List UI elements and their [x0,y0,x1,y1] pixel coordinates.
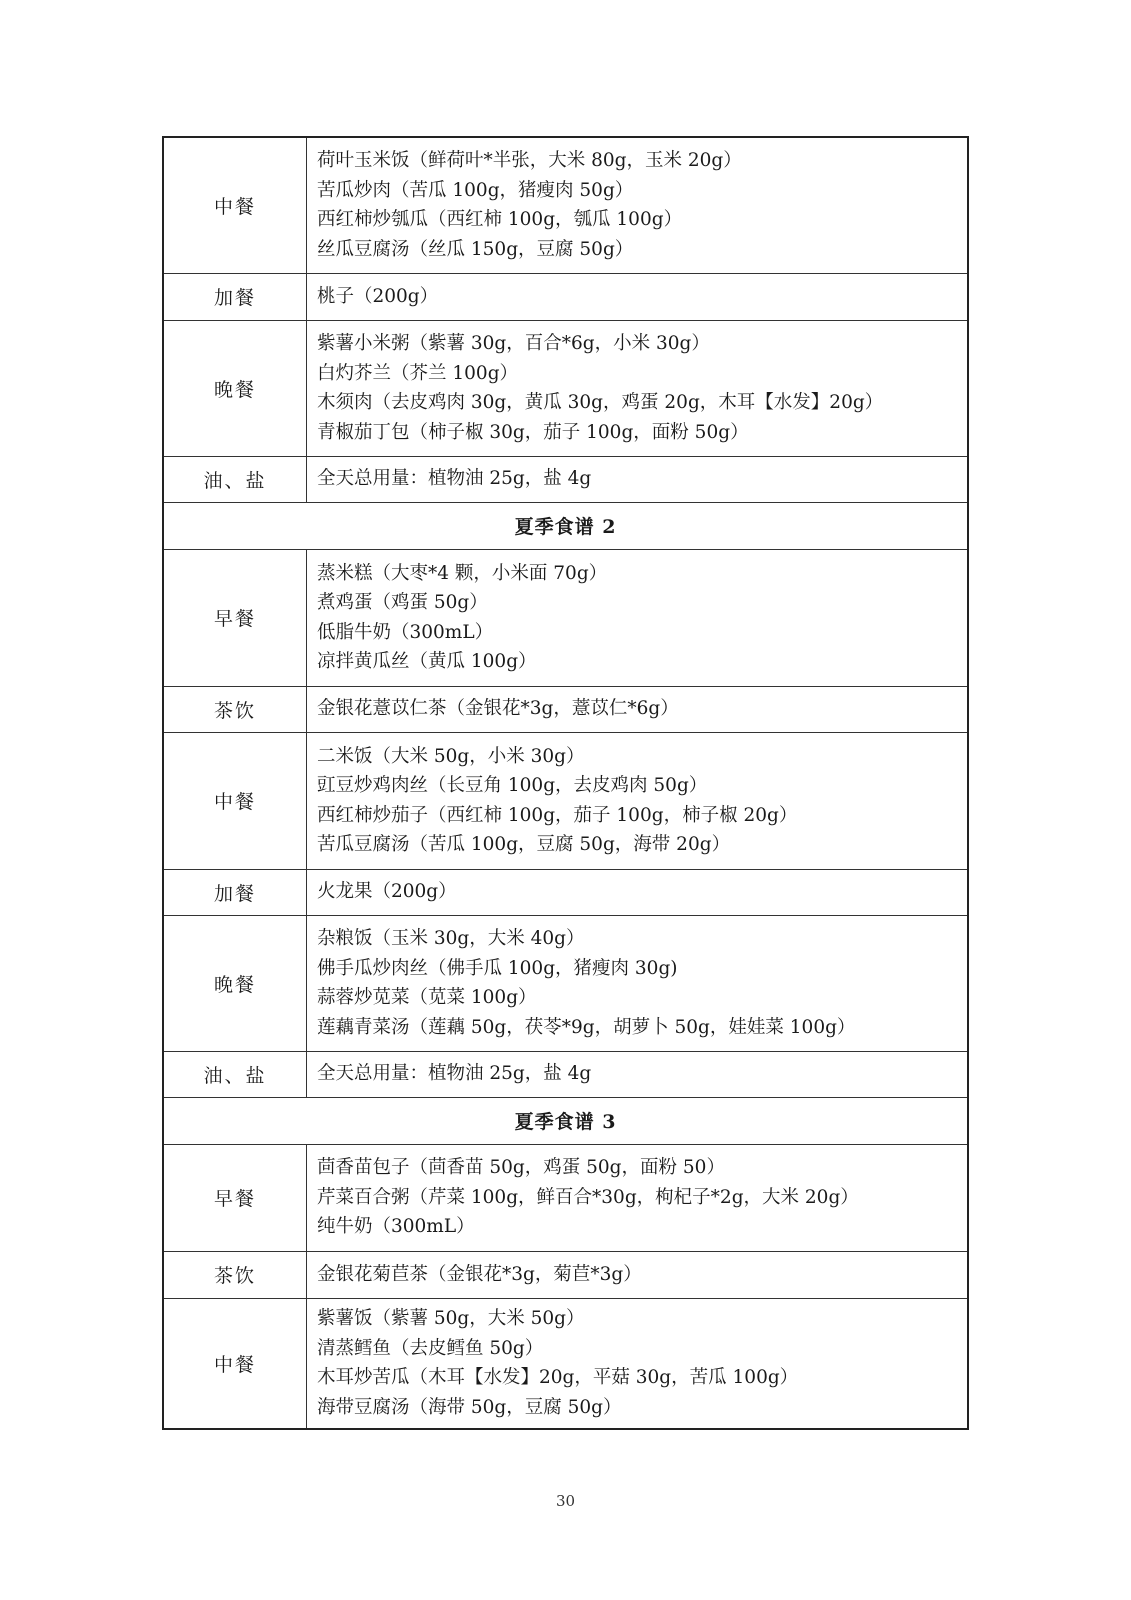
meal-label: 中餐 [163,732,307,869]
dish-item: 全天总用量：植物油 25g，盐 4g [317,1059,967,1089]
dish-item: 莲藕青菜汤（莲藕 50g，茯苓*9g，胡萝卜 50g，娃娃菜 100g） [317,1013,967,1043]
section-title: 夏季食谱 2 [163,502,968,549]
dish-item: 金银花薏苡仁茶（金银花*3g，薏苡仁*6g） [317,694,967,724]
meal-row: 中餐荷叶玉米饭（鲜荷叶*半张，大米 80g，玉米 20g）苦瓜炒肉（苦瓜 100… [163,137,968,273]
meal-items: 紫薯饭（紫薯 50g，大米 50g）清蒸鳕鱼（去皮鳕鱼 50g）木耳炒苦瓜（木耳… [307,1298,969,1429]
meal-row: 中餐紫薯饭（紫薯 50g，大米 50g）清蒸鳕鱼（去皮鳕鱼 50g）木耳炒苦瓜（… [163,1298,968,1429]
page-number: 30 [0,1492,1131,1510]
meal-items: 金银花菊苣茶（金银花*3g，菊苣*3g） [307,1251,969,1298]
dish-item: 西红柿炒瓠瓜（西红柿 100g，瓠瓜 100g） [317,205,967,235]
dish-item: 全天总用量：植物油 25g，盐 4g [317,464,967,494]
dish-item: 紫薯小米粥（紫薯 30g，百合*6g，小米 30g） [317,329,967,359]
meal-items: 茴香苗包子（茴香苗 50g，鸡蛋 50g，面粉 50）芹菜百合粥（芹菜 100g… [307,1144,969,1251]
dish-item: 凉拌黄瓜丝（黄瓜 100g） [317,647,967,677]
dish-item: 杂粮饭（玉米 30g，大米 40g） [317,924,967,954]
meal-label: 加餐 [163,869,307,915]
menu-table-body: 中餐荷叶玉米饭（鲜荷叶*半张，大米 80g，玉米 20g）苦瓜炒肉（苦瓜 100… [163,137,968,1429]
meal-label: 加餐 [163,273,307,320]
dish-item: 紫薯饭（紫薯 50g，大米 50g） [317,1304,967,1334]
dish-item: 蒸米糕（大枣*4 颗，小米面 70g） [317,559,967,589]
meal-row: 晚餐紫薯小米粥（紫薯 30g，百合*6g，小米 30g）白灼芥兰（芥兰 100g… [163,320,968,456]
dish-item: 青椒茄丁包（柿子椒 30g，茄子 100g，面粉 50g） [317,418,967,448]
meal-items: 紫薯小米粥（紫薯 30g，百合*6g，小米 30g）白灼芥兰（芥兰 100g）木… [307,320,969,456]
dish-item: 西红柿炒茄子（西红柿 100g，茄子 100g，柿子椒 20g） [317,801,967,831]
meal-items: 荷叶玉米饭（鲜荷叶*半张，大米 80g，玉米 20g）苦瓜炒肉（苦瓜 100g，… [307,137,969,273]
meal-label: 早餐 [163,1144,307,1251]
meal-items: 火龙果（200g） [307,869,969,915]
dish-item: 海带豆腐汤（海带 50g，豆腐 50g） [317,1393,967,1423]
section-header-row: 夏季食谱 2 [163,502,968,549]
meal-label: 茶饮 [163,686,307,732]
summer-menu-table: 中餐荷叶玉米饭（鲜荷叶*半张，大米 80g，玉米 20g）苦瓜炒肉（苦瓜 100… [162,136,969,1430]
meal-row: 晚餐杂粮饭（玉米 30g，大米 40g）佛手瓜炒肉丝（佛手瓜 100g，猪瘦肉 … [163,915,968,1051]
dish-item: 丝瓜豆腐汤（丝瓜 150g，豆腐 50g） [317,235,967,265]
meal-items: 二米饭（大米 50g，小米 30g）豇豆炒鸡肉丝（长豆角 100g，去皮鸡肉 5… [307,732,969,869]
meal-row: 中餐二米饭（大米 50g，小米 30g）豇豆炒鸡肉丝（长豆角 100g，去皮鸡肉… [163,732,968,869]
meal-row: 早餐茴香苗包子（茴香苗 50g，鸡蛋 50g，面粉 50）芹菜百合粥（芹菜 10… [163,1144,968,1251]
dish-item: 豇豆炒鸡肉丝（长豆角 100g，去皮鸡肉 50g） [317,771,967,801]
meal-items: 全天总用量：植物油 25g，盐 4g [307,456,969,502]
dish-item: 蒜蓉炒苋菜（苋菜 100g） [317,983,967,1013]
dish-item: 金银花菊苣茶（金银花*3g，菊苣*3g） [317,1260,967,1290]
dish-item: 木耳炒苦瓜（木耳【水发】20g，平菇 30g，苦瓜 100g） [317,1363,967,1393]
meal-label: 中餐 [163,137,307,273]
dish-item: 二米饭（大米 50g，小米 30g） [317,742,967,772]
document-page: 中餐荷叶玉米饭（鲜荷叶*半张，大米 80g，玉米 20g）苦瓜炒肉（苦瓜 100… [0,0,1131,1600]
dish-item: 木须肉（去皮鸡肉 30g，黄瓜 30g，鸡蛋 20g，木耳【水发】20g） [317,388,967,418]
dish-item: 纯牛奶（300mL） [317,1212,967,1242]
dish-item: 茴香苗包子（茴香苗 50g，鸡蛋 50g，面粉 50） [317,1153,967,1183]
meal-items: 蒸米糕（大枣*4 颗，小米面 70g）煮鸡蛋（鸡蛋 50g）低脂牛奶（300mL… [307,549,969,686]
dish-item: 白灼芥兰（芥兰 100g） [317,359,967,389]
meal-items: 金银花薏苡仁茶（金银花*3g，薏苡仁*6g） [307,686,969,732]
dish-item: 佛手瓜炒肉丝（佛手瓜 100g，猪瘦肉 30g) [317,954,967,984]
meal-row: 油、盐全天总用量：植物油 25g，盐 4g [163,1051,968,1097]
dish-item: 苦瓜豆腐汤（苦瓜 100g，豆腐 50g，海带 20g） [317,830,967,860]
meal-label: 茶饮 [163,1251,307,1298]
dish-item: 芹菜百合粥（芹菜 100g，鲜百合*30g，枸杞子*2g，大米 20g） [317,1183,967,1213]
meal-items: 杂粮饭（玉米 30g，大米 40g）佛手瓜炒肉丝（佛手瓜 100g，猪瘦肉 30… [307,915,969,1051]
dish-item: 桃子（200g） [317,282,967,312]
section-title: 夏季食谱 3 [163,1097,968,1144]
meal-row: 茶饮金银花菊苣茶（金银花*3g，菊苣*3g） [163,1251,968,1298]
meal-label: 油、盐 [163,1051,307,1097]
meal-label: 晚餐 [163,915,307,1051]
meal-label: 中餐 [163,1298,307,1429]
section-header-row: 夏季食谱 3 [163,1097,968,1144]
meal-row: 加餐桃子（200g） [163,273,968,320]
meal-row: 茶饮金银花薏苡仁茶（金银花*3g，薏苡仁*6g） [163,686,968,732]
dish-item: 低脂牛奶（300mL） [317,618,967,648]
dish-item: 清蒸鳕鱼（去皮鳕鱼 50g） [317,1334,967,1364]
meal-label: 晚餐 [163,320,307,456]
meal-label: 油、盐 [163,456,307,502]
meal-items: 桃子（200g） [307,273,969,320]
meal-row: 油、盐全天总用量：植物油 25g，盐 4g [163,456,968,502]
dish-item: 苦瓜炒肉（苦瓜 100g，猪瘦肉 50g） [317,176,967,206]
meal-label: 早餐 [163,549,307,686]
meal-row: 早餐蒸米糕（大枣*4 颗，小米面 70g）煮鸡蛋（鸡蛋 50g）低脂牛奶（300… [163,549,968,686]
dish-item: 煮鸡蛋（鸡蛋 50g） [317,588,967,618]
meal-row: 加餐火龙果（200g） [163,869,968,915]
meal-items: 全天总用量：植物油 25g，盐 4g [307,1051,969,1097]
dish-item: 荷叶玉米饭（鲜荷叶*半张，大米 80g，玉米 20g） [317,146,967,176]
dish-item: 火龙果（200g） [317,877,967,907]
